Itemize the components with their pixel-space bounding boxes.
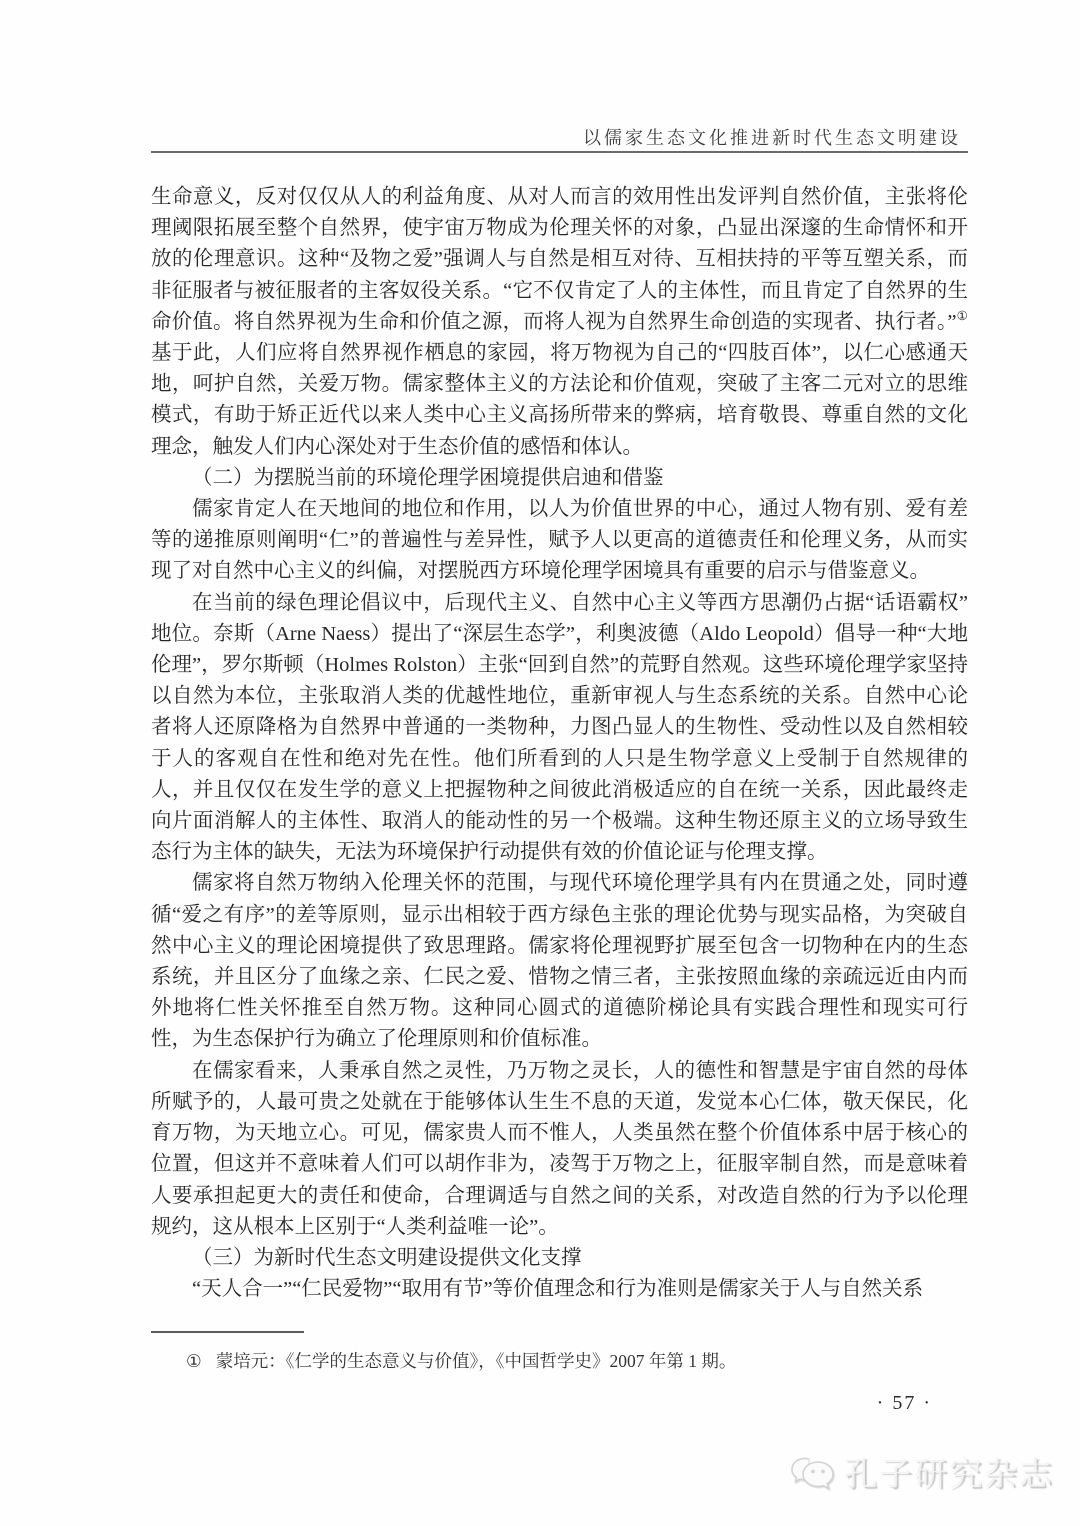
paragraph: “天人合一”“仁民爱物”“取用有节”等价值理念和行为准则是儒家关于人与自然关系 [151,1274,968,1305]
watermark: 孔子研究杂志 [788,1448,1054,1495]
header-rule [151,151,968,153]
footnote-marker: ① [186,1351,202,1371]
paragraph-continuation: 生命意义，反对仅仅从人的利益角度、从对人而言的效用性出发评判自然价值，主张将伦理… [151,182,968,463]
page-number: · 57 · [151,1392,968,1415]
footnote-text: 蒙培元：《仁学的生态意义与价值》，《中国哲学史》2007 年第 1 期。 [216,1351,737,1371]
journal-page: 以儒家生态文化推进新时代生态文明建设 生命意义，反对仅仅从人的利益角度、从对人而… [0,0,1080,1526]
section-heading-2: （二）为摆脱当前的环境伦理学困境提供启迪和借鉴 [151,463,968,494]
footnote: ①蒙培元：《仁学的生态意义与价值》，《中国哲学史》2007 年第 1 期。 [151,1348,968,1374]
paragraph: 在当前的绿色理论倡议中，后现代主义、自然中心主义等西方思潮仍占据“话语霸权”地位… [151,588,968,869]
wechat-icon [788,1450,838,1494]
running-header-title: 以儒家生态文化推进新时代生态文明建设 [151,124,961,150]
section-heading-3: （三）为新时代生态文明建设提供文化支撑 [151,1243,968,1274]
paragraph: 儒家将自然万物纳入伦理关怀的范围，与现代环境伦理学具有内在贯通之处，同时遵循“爱… [151,868,968,1055]
footnote-divider [151,1331,304,1333]
article-body: 生命意义，反对仅仅从人的利益角度、从对人而言的效用性出发评判自然价值，主张将伦理… [151,182,968,1305]
watermark-text: 孔子研究杂志 [844,1448,1054,1495]
footnote-reference: ① [956,309,968,323]
paragraph: 在儒家看来，人秉承自然之灵性，乃万物之灵长，人的德性和智慧是宇宙自然的母体所赋予… [151,1056,968,1243]
paragraph: 儒家肯定人在天地间的地位和作用，以人为价值世界的中心，通过人物有别、爱有差等的递… [151,494,968,588]
